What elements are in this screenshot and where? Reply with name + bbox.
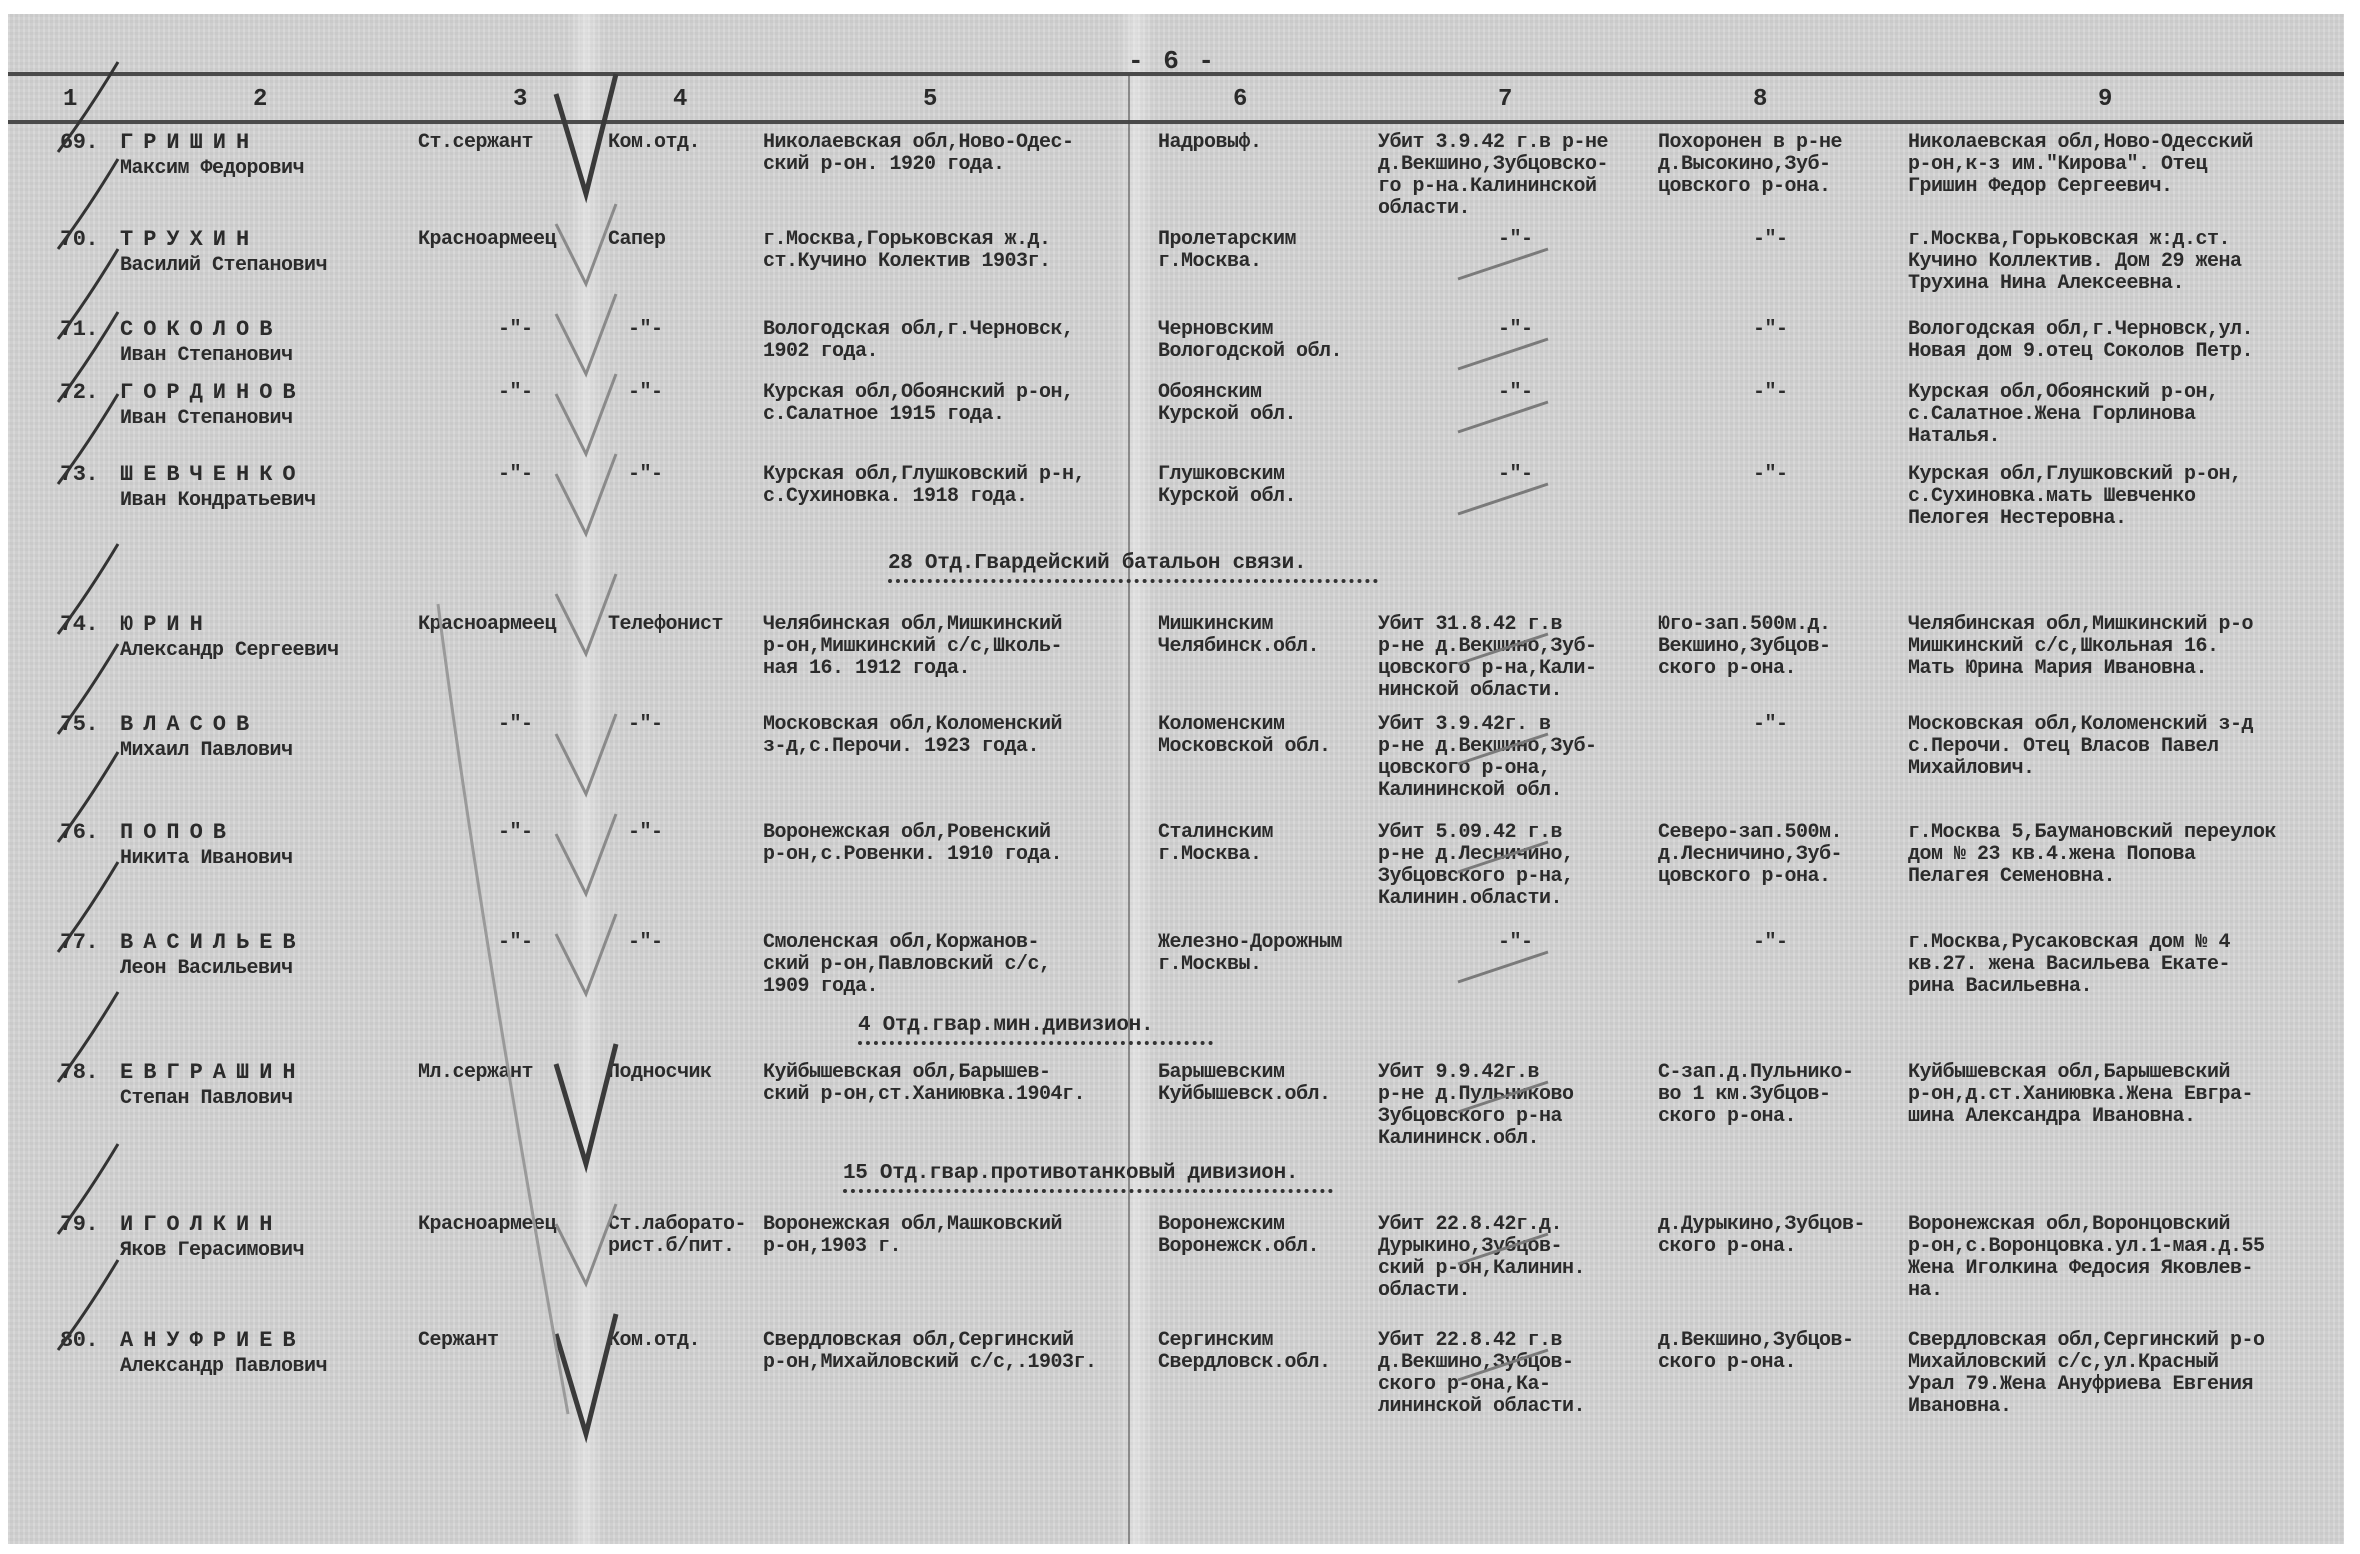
check-mark-icon <box>556 294 616 374</box>
tick-slash-icon <box>58 1260 118 1350</box>
check-mark-icon <box>556 204 616 284</box>
check-mark-icon <box>556 714 616 794</box>
pencil-stroke-icon <box>1458 484 1548 514</box>
check-mark-icon <box>556 454 616 534</box>
pencil-stroke-icon <box>1458 402 1548 432</box>
check-mark-icon <box>556 74 616 194</box>
pencil-mark-layer <box>8 14 2344 1544</box>
pencil-stroke-icon <box>1458 249 1548 279</box>
pencil-stroke-icon <box>1458 842 1548 872</box>
tick-slash-icon <box>58 862 118 952</box>
check-mark-icon <box>556 1314 616 1434</box>
check-mark-icon <box>556 1044 616 1164</box>
pencil-stroke-icon <box>1458 1082 1548 1112</box>
tick-slash-icon <box>58 644 118 734</box>
tick-slash-icon <box>58 394 118 484</box>
check-mark-icon <box>556 574 616 654</box>
check-mark-icon <box>556 374 616 454</box>
pencil-stroke-icon <box>1458 339 1548 369</box>
tick-slash-icon <box>58 544 118 634</box>
check-mark-icon <box>556 814 616 894</box>
pencil-stroke-icon <box>1458 1350 1548 1380</box>
pencil-stroke-icon <box>1458 1234 1548 1264</box>
check-mark-icon <box>556 914 616 994</box>
document-page: - 6 - 123456789 69.ГРИШИНМаксим Федорови… <box>8 14 2344 1544</box>
tick-slash-icon <box>58 752 118 842</box>
pencil-stroke-icon <box>1458 734 1548 764</box>
tick-slash-icon <box>58 1144 118 1234</box>
tick-slash-icon <box>58 62 118 152</box>
check-mark-icon <box>556 1204 616 1284</box>
tick-slash-icon <box>58 159 118 249</box>
tick-slash-icon <box>58 992 118 1082</box>
pencil-stroke-icon <box>1458 634 1548 664</box>
pencil-stroke-icon <box>1458 952 1548 982</box>
long-pencil-line-icon <box>438 604 568 1414</box>
